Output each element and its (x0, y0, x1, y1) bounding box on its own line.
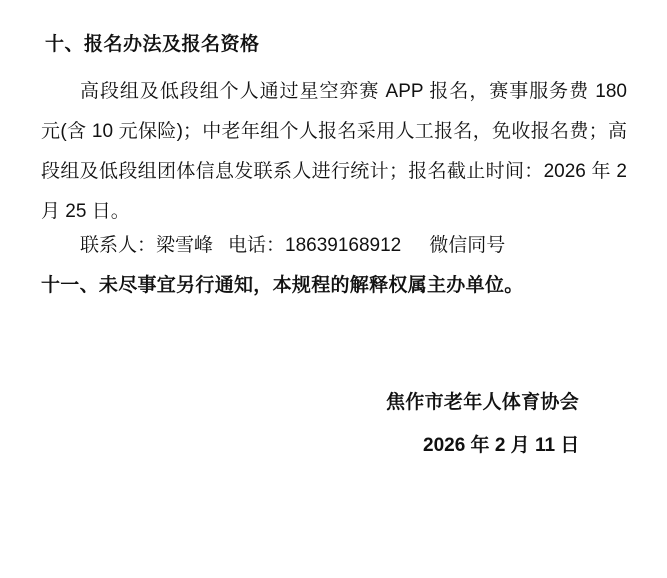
document-page: 十、报名办法及报名资格 高段组及低段组个人通过星空弈赛 APP 报名，赛事服务费… (0, 0, 667, 578)
section-11-heading: 十一、未尽事宜另行通知，本规程的解释权属主办单位。 (41, 274, 524, 298)
contact-person: 联系人：梁雪峰 (80, 226, 213, 266)
contact-line: 联系人：梁雪峰 电话：18639168912 微信同号 (80, 226, 505, 266)
paragraph-line-3: 段组及低段组团体信息发联系人进行统计；报名截止时间：2026 年 2 (41, 152, 627, 192)
section-10-heading: 十、报名办法及报名资格 (45, 33, 260, 57)
paragraph-line-2: 元(含 10 元保险)；中老年组个人报名采用人工报名，免收报名费；高 (41, 112, 627, 152)
contact-wechat: 微信同号 (429, 226, 505, 266)
paragraph-line-1: 高段组及低段组个人通过星空弈赛 APP 报名，赛事服务费 180 (41, 72, 627, 112)
contact-phone: 电话：18639168912 (228, 226, 401, 266)
signature-date: 2026 年 2 月 11 日 (423, 435, 579, 457)
signature-organization: 焦作市老年人体育协会 (386, 392, 579, 414)
registration-paragraph: 高段组及低段组个人通过星空弈赛 APP 报名，赛事服务费 180 元(含 10 … (41, 72, 627, 232)
